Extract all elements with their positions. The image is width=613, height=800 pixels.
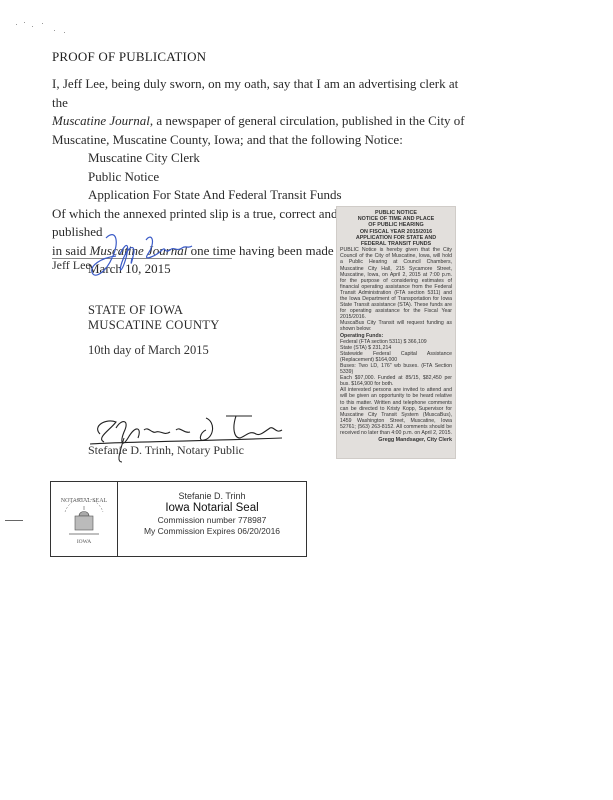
notarial-seal: NOTARIAL SEAL IOWA Stefanie D. Trinh Iow… [50, 481, 307, 557]
notice-item: Public Notice [52, 168, 472, 187]
notice-item: Application For State And Federal Transi… [52, 186, 472, 205]
clipping-heading: PUBLIC NOTICE NOTICE OF TIME AND PLACE O… [340, 210, 452, 247]
seal-heading: Iowa Notarial Seal [118, 502, 306, 514]
affidavit-line: I, Jeff Lee, being duly sworn, on my oat… [52, 75, 472, 112]
commission-number: Commission number 778987 [118, 515, 306, 526]
capitol-seal-icon: NOTARIAL SEAL IOWA [55, 488, 113, 550]
clipping-signature: Gregg Mandsager, City Clerk [340, 437, 452, 443]
commission-expiry: My Commission Expires 06/20/2016 [118, 526, 306, 537]
affidavit-line: Muscatine Journal, a newspaper of genera… [52, 112, 472, 131]
clipping-body: PUBLIC Notice is hereby given that the C… [340, 247, 452, 436]
seal-notary-name: Stefanie D. Trinh [118, 491, 306, 501]
county-name: MUSCATINE COUNTY [88, 318, 220, 333]
sworn-date: 10th day of March 2015 [88, 343, 209, 358]
notice-item: Muscatine City Clerk [52, 149, 472, 168]
svg-text:IOWA: IOWA [77, 539, 91, 545]
notary-printed-name: Stefanie D. Trinh, Notary Public [88, 443, 244, 458]
seal-emblem: NOTARIAL SEAL IOWA [51, 482, 118, 556]
affiant-name: Jeff Lee [52, 258, 91, 273]
newspaper-clipping: PUBLIC NOTICE NOTICE OF TIME AND PLACE O… [336, 206, 456, 459]
svg-text:NOTARIAL SEAL: NOTARIAL SEAL [61, 498, 108, 504]
affiant-signature [86, 228, 196, 288]
affidavit-line: Muscatine, Muscatine County, Iowa; and t… [52, 131, 472, 150]
seal-details: Stefanie D. Trinh Iowa Notarial Seal Com… [118, 482, 306, 556]
scan-specks [14, 20, 94, 40]
margin-mark [5, 520, 23, 521]
document-title: PROOF OF PUBLICATION [52, 49, 206, 65]
state-name: STATE OF IOWA [88, 303, 220, 318]
newspaper-name: Muscatine Journal [52, 113, 150, 128]
jurisdiction: STATE OF IOWA MUSCATINE COUNTY [88, 303, 220, 332]
